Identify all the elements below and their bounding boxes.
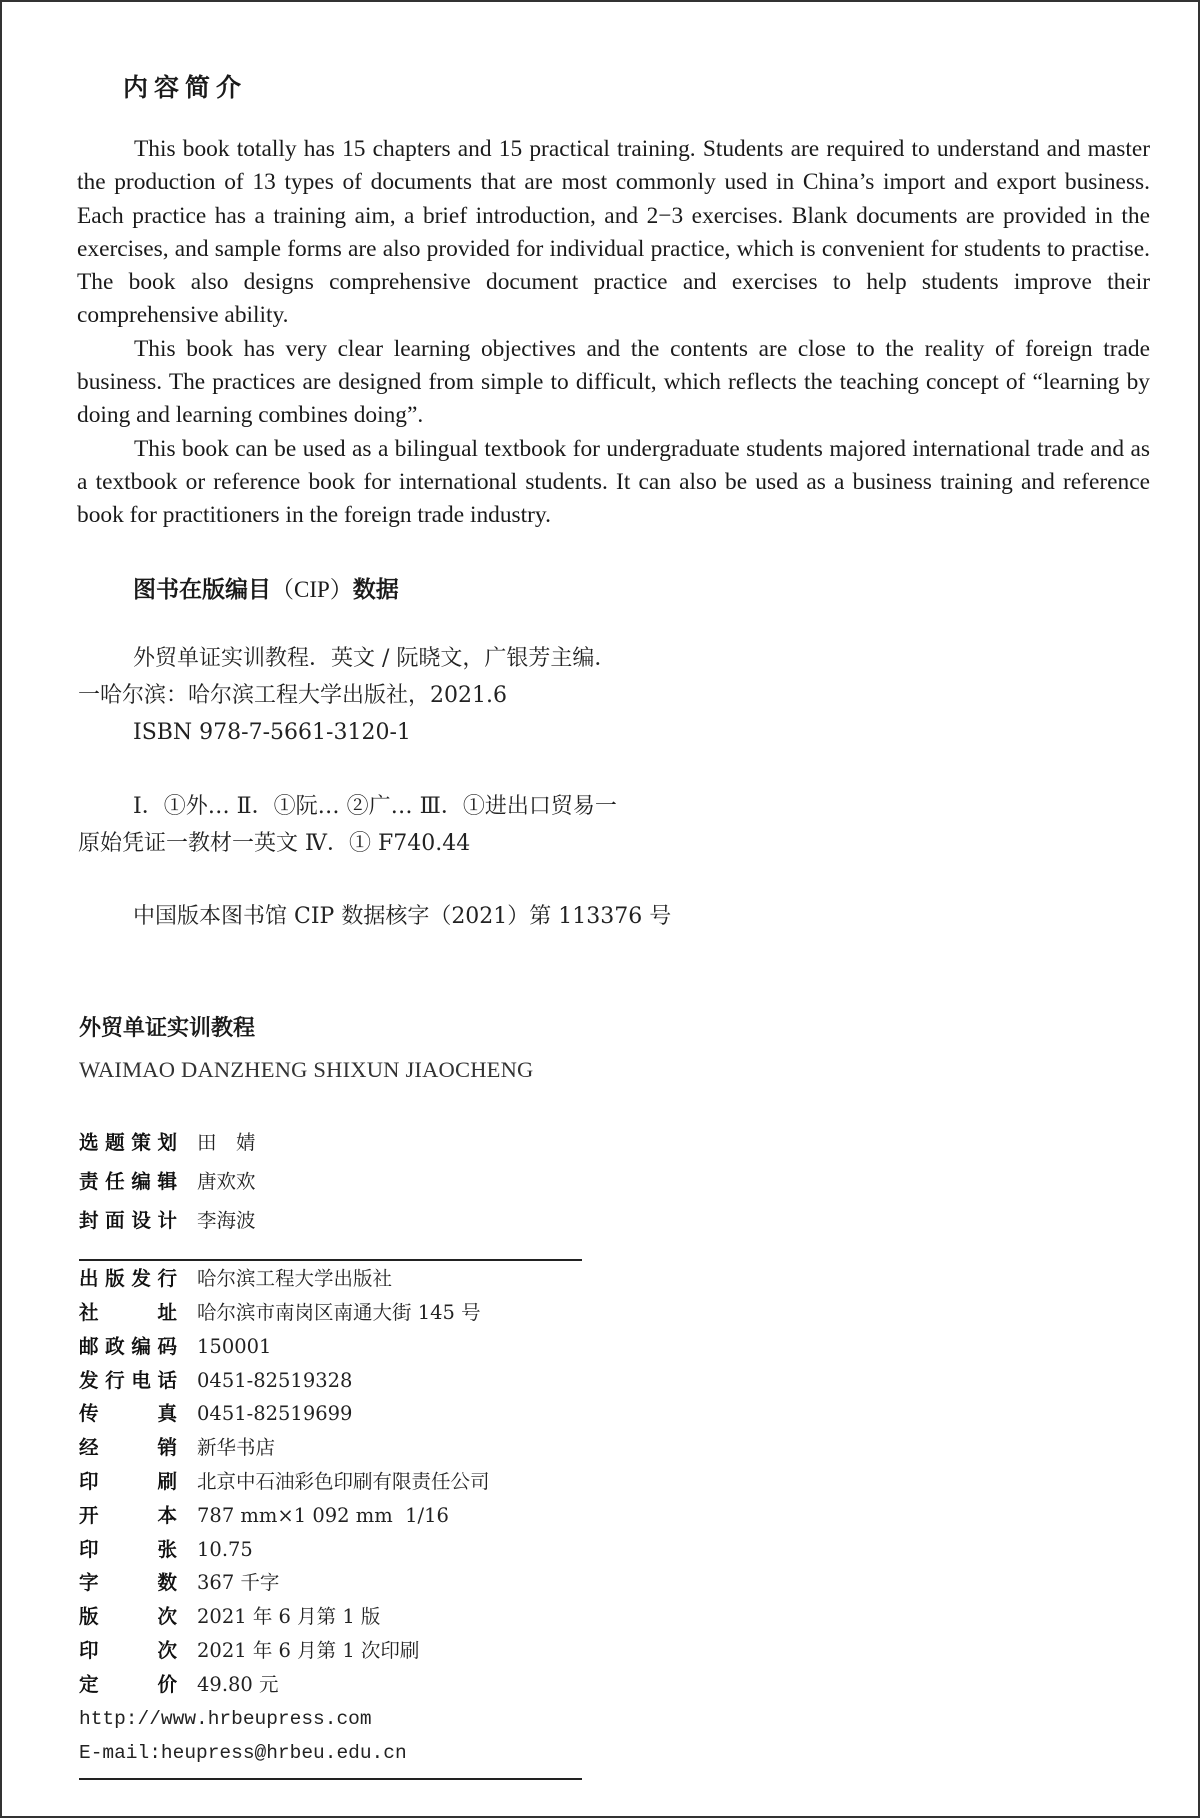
publisher-label: 定价 bbox=[79, 1670, 177, 1700]
publisher-value: 2021 年 6 月第 1 次印刷 bbox=[197, 1636, 419, 1666]
divider bbox=[79, 1778, 582, 1780]
publisher-row: 开本787 mm×1 092 mm 1/16 bbox=[79, 1501, 449, 1531]
intro-paragraph: This book can be used as a bilingual tex… bbox=[77, 433, 1150, 533]
intro-paragraph: This book has very clear learning object… bbox=[77, 333, 1150, 433]
publisher-value: 10.75 bbox=[197, 1535, 253, 1565]
publisher-label: 社址 bbox=[79, 1298, 177, 1328]
publisher-row: 经销新华书店 bbox=[79, 1433, 275, 1463]
cip-line: 外贸单证实训教程．英文 / 阮晓文，广银芳主编． bbox=[133, 644, 616, 674]
credit-row: 封面设计李海波 bbox=[79, 1206, 256, 1236]
credit-row: 责任编辑唐欢欢 bbox=[79, 1167, 256, 1197]
cip-record-number: 中国版本图书馆 CIP 数据核字（2021）第 113376 号 bbox=[133, 902, 671, 932]
credit-value: 李海波 bbox=[197, 1206, 256, 1236]
credit-label: 封面设计 bbox=[79, 1206, 177, 1236]
intro-paragraph: This book totally has 15 chapters and 15… bbox=[77, 133, 1150, 333]
publisher-row: 字数367 千字 bbox=[79, 1568, 279, 1598]
publisher-row: 版次2021 年 6 月第 1 版 bbox=[79, 1602, 380, 1632]
publisher-row: 印张10.75 bbox=[79, 1535, 253, 1565]
book-title-pinyin: WAIMAO DANZHENG SHIXUN JIAOCHENG bbox=[79, 1055, 534, 1085]
publisher-row: 发行电话0451-82519328 bbox=[79, 1366, 352, 1396]
cip-title-prefix: 图书在版编目 bbox=[133, 577, 271, 603]
cip-title-suffix: 数据 bbox=[353, 577, 399, 603]
credit-value: 田 婧 bbox=[197, 1128, 256, 1158]
credit-label: 选题策划 bbox=[79, 1128, 177, 1158]
credit-row: 选题策划田 婧 bbox=[79, 1128, 256, 1158]
publisher-value: 0451-82519328 bbox=[197, 1366, 352, 1396]
intro-title: 内容简介 bbox=[123, 72, 247, 104]
publisher-row: 印刷北京中石油彩色印刷有限责任公司 bbox=[79, 1467, 490, 1497]
cip-title: 图书在版编目（CIP）数据 bbox=[133, 574, 399, 606]
cip-line: 一哈尔滨：哈尔滨工程大学出版社，2021.6 bbox=[78, 681, 507, 711]
publisher-value: 367 千字 bbox=[197, 1568, 279, 1598]
publisher-label: 开本 bbox=[79, 1501, 177, 1531]
publisher-label: 印张 bbox=[79, 1535, 177, 1565]
publisher-label: 版次 bbox=[79, 1602, 177, 1632]
book-title-cn: 外贸单证实训教程 bbox=[79, 1014, 255, 1044]
website-link[interactable]: http://www.hrbeupress.com bbox=[79, 1704, 372, 1734]
publisher-row: 社址哈尔滨市南岗区南通大街 145 号 bbox=[79, 1298, 481, 1328]
cip-isbn: ISBN 978-7-5661-3120-1 bbox=[133, 718, 411, 748]
publisher-label: 邮政编码 bbox=[79, 1332, 177, 1362]
cip-classification-cont: 原始凭证一教材一英文 Ⅳ．① F740.44 bbox=[78, 829, 470, 859]
publisher-value: 0451-82519699 bbox=[197, 1399, 352, 1429]
cip-classification: Ⅰ．①外… Ⅱ．①阮… ②广… Ⅲ．①进出口贸易一 bbox=[133, 792, 617, 822]
publisher-value: 2021 年 6 月第 1 版 bbox=[197, 1602, 380, 1632]
publisher-label: 经销 bbox=[79, 1433, 177, 1463]
publisher-value: 787 mm×1 092 mm 1/16 bbox=[197, 1501, 449, 1531]
publisher-value: 哈尔滨市南岗区南通大街 145 号 bbox=[197, 1298, 481, 1328]
publisher-row: 出版发行哈尔滨工程大学出版社 bbox=[79, 1264, 392, 1294]
publisher-row: 传真0451-82519699 bbox=[79, 1399, 352, 1429]
copyright-page: 内容简介 This book totally has 15 chapters a… bbox=[0, 0, 1200, 1818]
publisher-value: 新华书店 bbox=[197, 1433, 275, 1463]
publisher-label: 传真 bbox=[79, 1399, 177, 1429]
publisher-value: 49.80 元 bbox=[197, 1670, 279, 1700]
cip-title-paren: （CIP） bbox=[271, 577, 353, 602]
credit-value: 唐欢欢 bbox=[197, 1167, 256, 1197]
email-link[interactable]: E-mail:heupress@hrbeu.edu.cn bbox=[79, 1738, 407, 1768]
divider bbox=[79, 1259, 582, 1261]
publisher-row: 印次2021 年 6 月第 1 次印刷 bbox=[79, 1636, 419, 1666]
publisher-label: 印刷 bbox=[79, 1467, 177, 1497]
publisher-label: 出版发行 bbox=[79, 1264, 177, 1294]
publisher-label: 字数 bbox=[79, 1568, 177, 1598]
publisher-label: 印次 bbox=[79, 1636, 177, 1666]
publisher-label: 发行电话 bbox=[79, 1366, 177, 1396]
publisher-value: 哈尔滨工程大学出版社 bbox=[197, 1264, 392, 1294]
intro-body: This book totally has 15 chapters and 15… bbox=[77, 133, 1150, 533]
publisher-row: 邮政编码150001 bbox=[79, 1332, 271, 1362]
publisher-row: 定价49.80 元 bbox=[79, 1670, 279, 1700]
publisher-value: 150001 bbox=[197, 1332, 271, 1362]
credit-label: 责任编辑 bbox=[79, 1167, 177, 1197]
publisher-value: 北京中石油彩色印刷有限责任公司 bbox=[197, 1467, 490, 1497]
